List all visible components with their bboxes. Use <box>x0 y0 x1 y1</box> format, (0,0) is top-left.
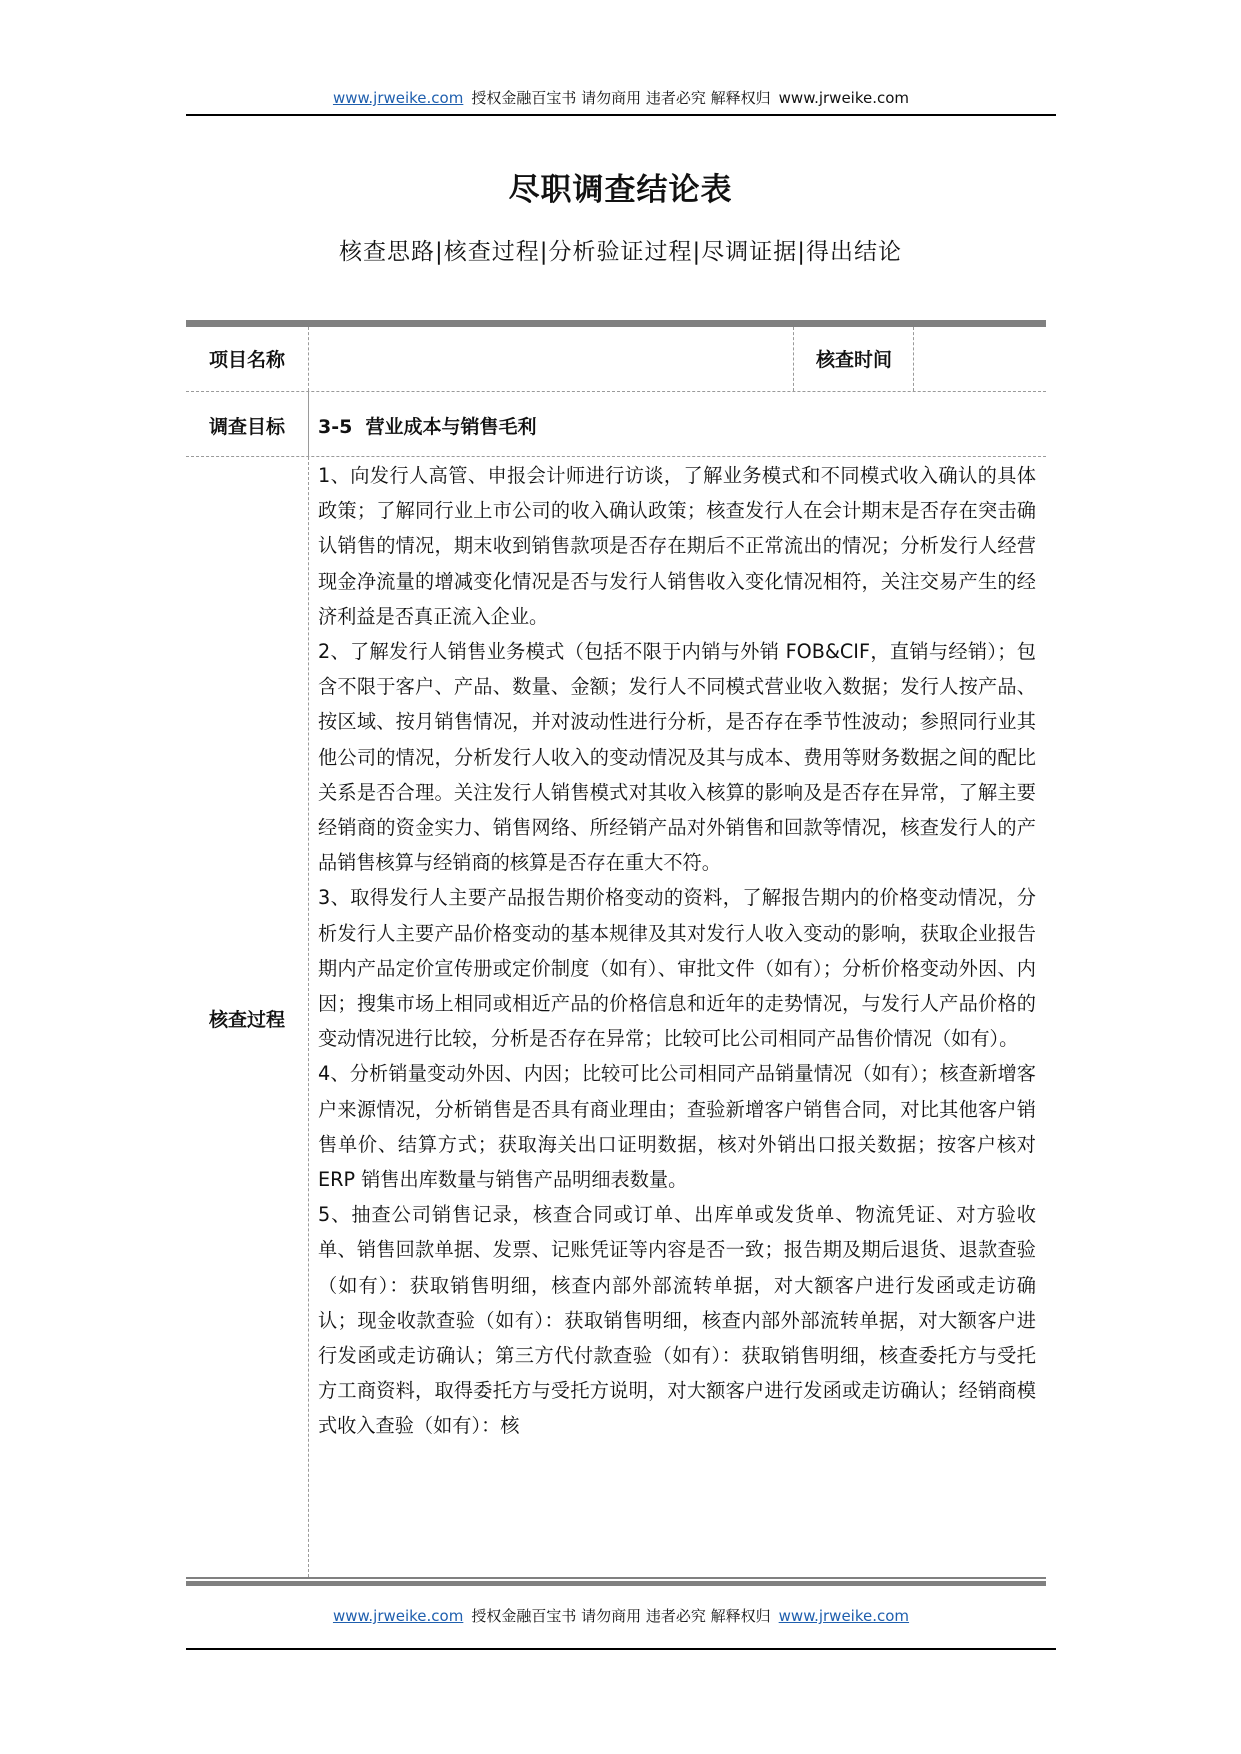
row-divider <box>186 456 1046 457</box>
project-name-label: 项目名称 <box>186 345 308 372</box>
header-link-right: www.jrweike.com <box>779 89 909 107</box>
header-link-left[interactable]: www.jrweike.com <box>333 89 463 107</box>
table-top-rule <box>186 320 1046 327</box>
page-header: www.jrweike.com授权金融百宝书 请勿商用 违者必究 解释权归www… <box>186 88 1056 108</box>
col-divider <box>308 327 309 391</box>
document-title: 尽职调查结论表 <box>0 164 1241 209</box>
check-process-content: 1、向发行人高管、申报会计师进行访谈，了解业务模式和不同模式收入确认的具体政策；… <box>318 458 1036 1444</box>
row-divider <box>186 391 1046 392</box>
process-step-3: 3、取得发行人主要产品报告期价格变动的资料，了解报告期内的价格变动情况，分析发行… <box>318 880 1036 1056</box>
header-divider <box>186 114 1056 116</box>
col-divider <box>308 457 309 1577</box>
document-subtitle: 核查思路|核查过程|分析验证过程|尽调证据|得出结论 <box>0 233 1241 266</box>
footer-divider <box>186 1648 1056 1650</box>
footer-link-left[interactable]: www.jrweike.com <box>333 1607 463 1625</box>
table-bottom-rule <box>186 1577 1046 1579</box>
header-notice: 授权金融百宝书 请勿商用 违者必究 解释权归 <box>471 89 770 107</box>
table-bottom-rule-thick <box>186 1581 1046 1586</box>
check-process-label: 核查过程 <box>186 1005 308 1032</box>
process-step-5: 5、抽查公司销售记录，核查合同或订单、出库单或发货单、物流凭证、对方验收单、销售… <box>318 1197 1036 1443</box>
check-time-label: 核查时间 <box>794 345 914 372</box>
footer-link-right[interactable]: www.jrweike.com <box>779 1607 909 1625</box>
survey-target-value: 3-5 营业成本与销售毛利 <box>318 412 1018 439</box>
process-step-1: 1、向发行人高管、申报会计师进行访谈，了解业务模式和不同模式收入确认的具体政策；… <box>318 458 1036 634</box>
col-divider <box>308 392 309 456</box>
footer-notice: 授权金融百宝书 请勿商用 违者必究 解释权归 <box>471 1607 770 1625</box>
process-step-2: 2、了解发行人销售业务模式（包括不限于内销与外销 FOB&CIF，直销与经销）；… <box>318 634 1036 880</box>
survey-target-label: 调查目标 <box>186 412 308 439</box>
page-footer: www.jrweike.com授权金融百宝书 请勿商用 违者必究 解释权归www… <box>186 1606 1056 1626</box>
col-divider <box>793 327 794 391</box>
process-step-4: 4、分析销量变动外因、内因；比较可比公司相同产品销量情况（如有）；核查新增客户来… <box>318 1056 1036 1197</box>
col-divider <box>913 327 914 391</box>
